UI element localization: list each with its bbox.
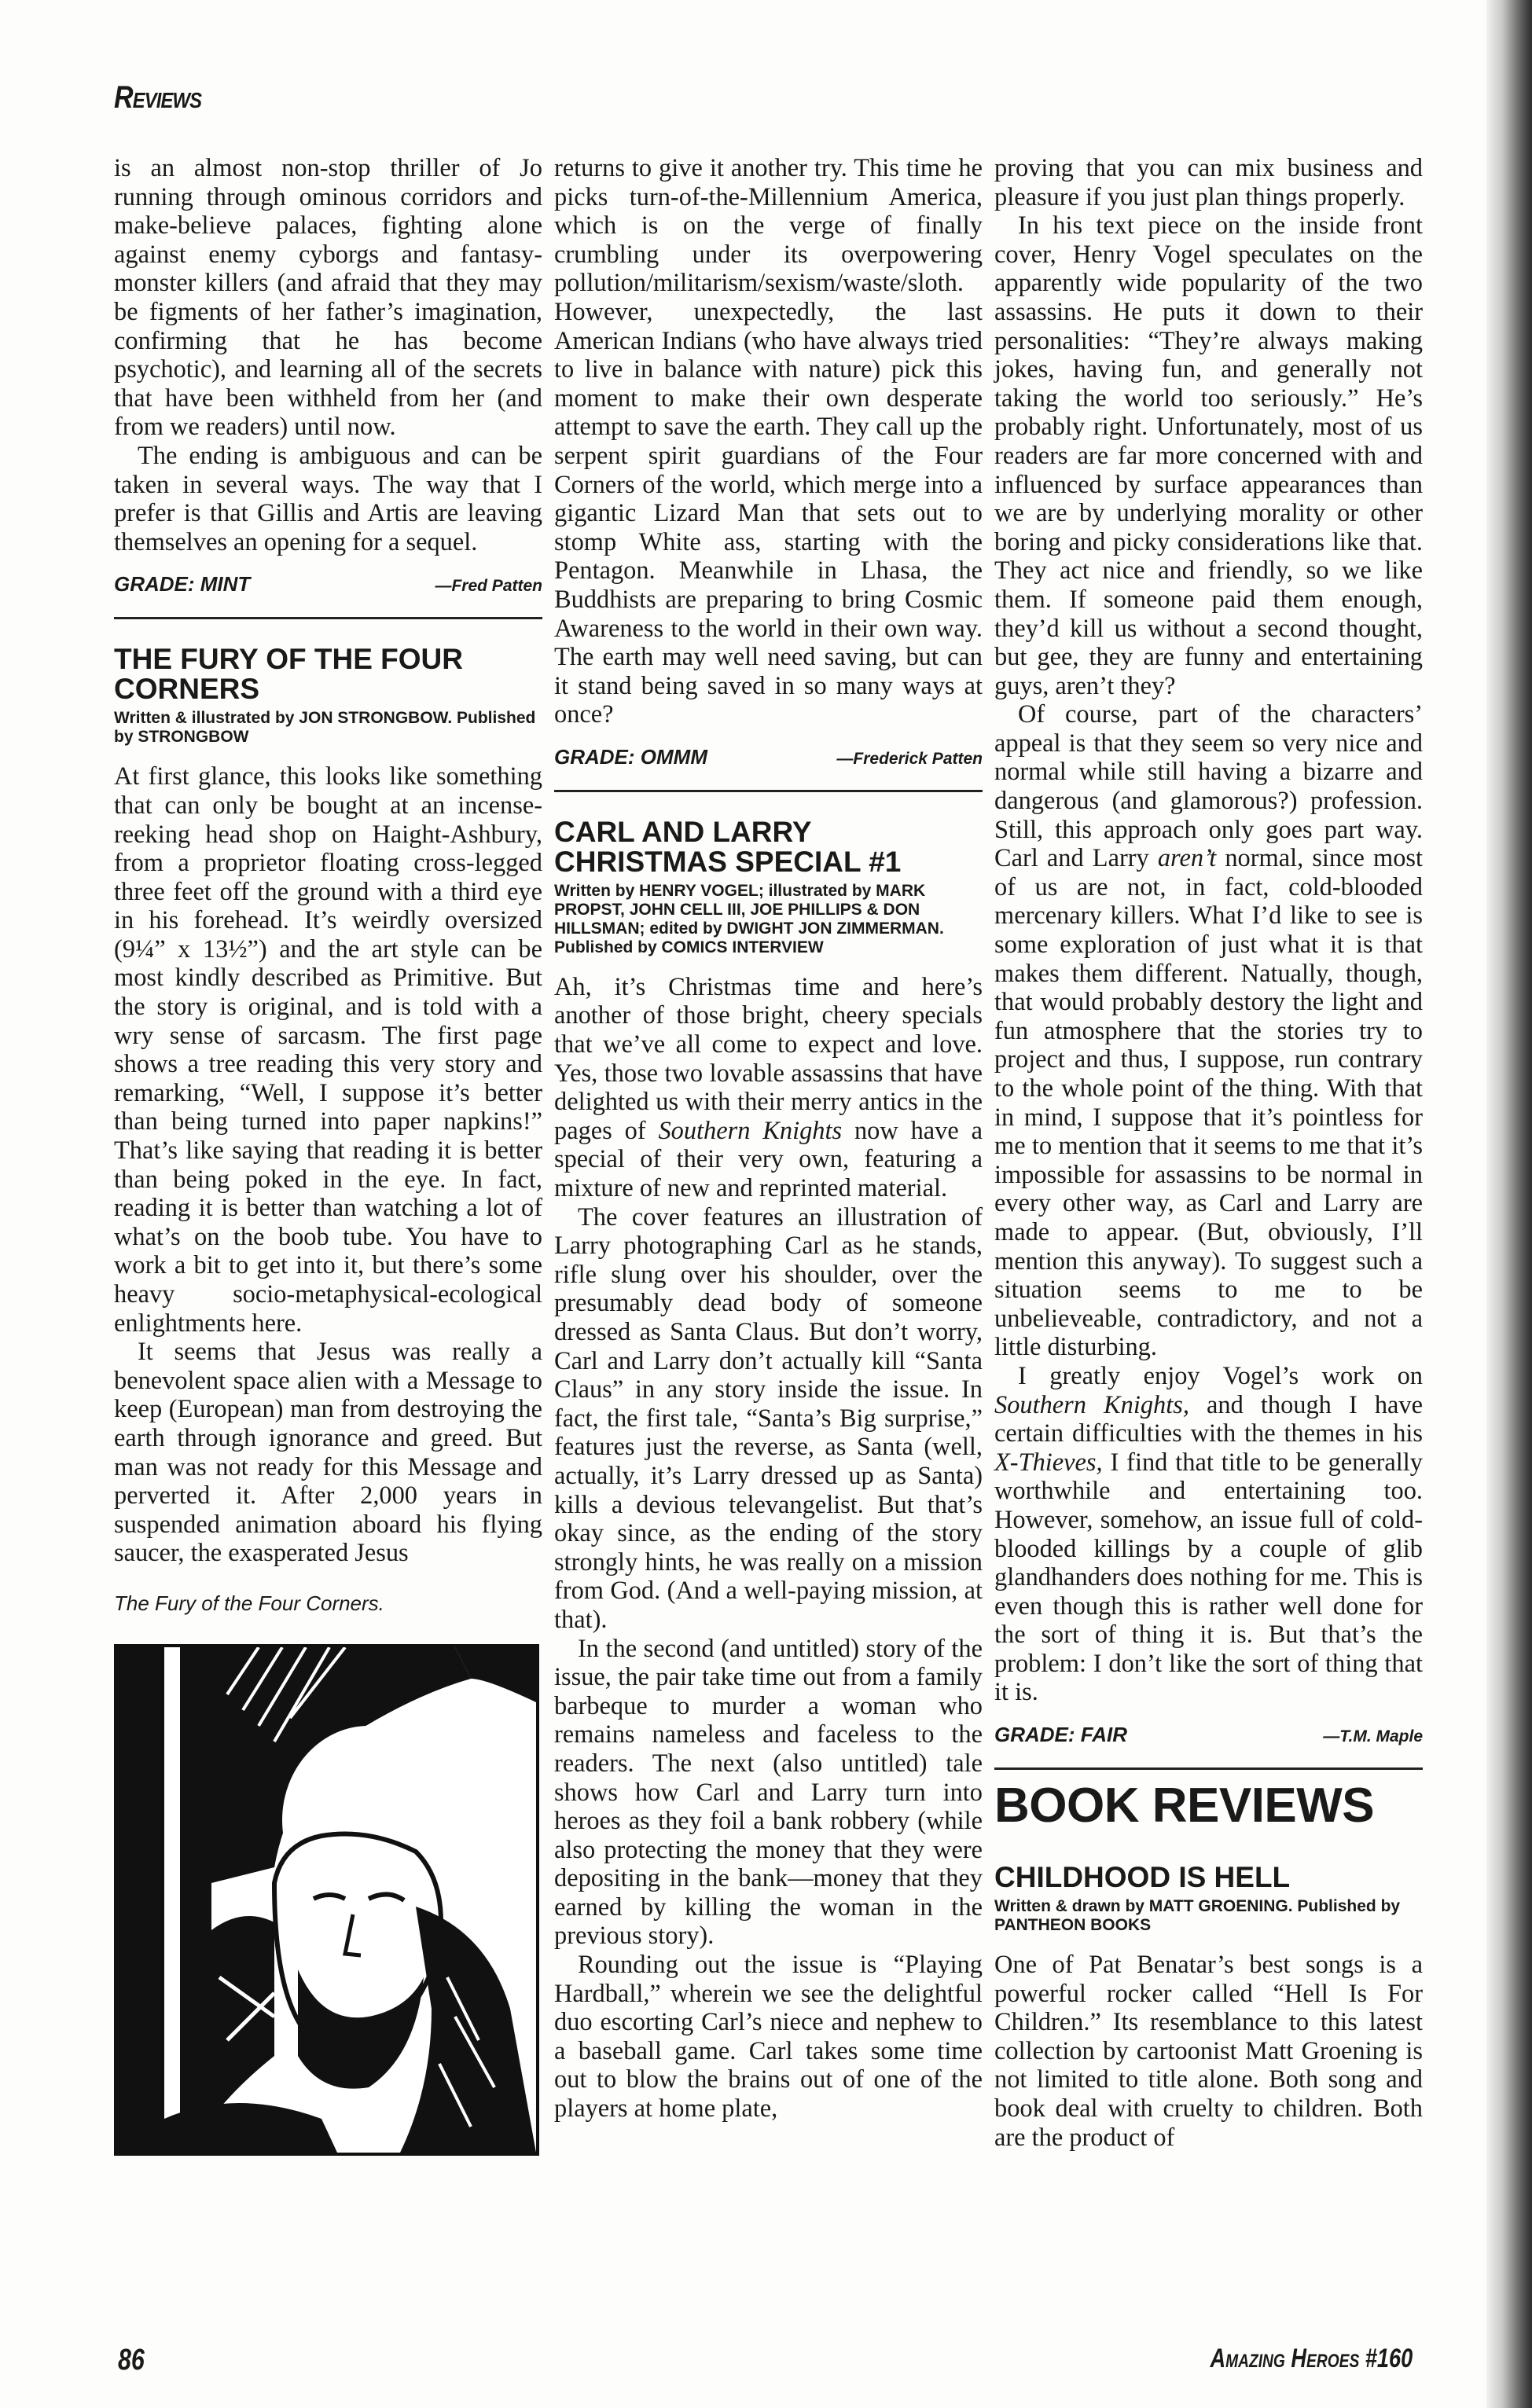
grade-row: GRADE: MINT —Fred Patten: [114, 572, 542, 596]
body-paragraph: I greatly enjoy Vogel’s work on Southern…: [994, 1362, 1423, 1707]
body-paragraph: is an almost non-stop thriller of Jo run…: [114, 154, 542, 442]
middle-column: returns to give it another try. This tim…: [554, 154, 983, 2124]
body-paragraph: The cover features an illustration of La…: [554, 1203, 983, 1635]
italic-title: X-Thieves,: [994, 1448, 1103, 1477]
body-paragraph: returns to give it another try. This tim…: [554, 154, 983, 729]
section-heading: BOOK REVIEWS: [994, 1781, 1423, 1831]
reviewer-byline: —Fred Patten: [435, 577, 542, 596]
grade-row: GRADE: OMMM —Frederick Patten: [554, 745, 983, 769]
scanned-page-edge: [1486, 0, 1532, 2408]
body-paragraph: At first glance, this looks like somethi…: [114, 762, 542, 1338]
review-credits: Written by HENRY VOGEL; illustrated by M…: [554, 882, 983, 957]
body-paragraph: It seems that Jesus was really a benevol…: [114, 1338, 542, 1568]
bearded-figure-illustration-icon: [117, 1647, 536, 2153]
text-run: I find that title to be generally worthw…: [994, 1448, 1423, 1707]
review-credits: Written & illustrated by JON STRONGBOW. …: [114, 709, 542, 747]
body-paragraph: proving that you can mix business and pl…: [994, 154, 1423, 211]
body-paragraph: The ending is ambiguous and can be taken…: [114, 442, 542, 556]
text-run: I greatly enjoy Vogel’s work on: [1018, 1362, 1423, 1390]
italic-title: Southern Knights,: [994, 1391, 1189, 1419]
review-title: CARL AND LARRY CHRISTMAS SPECIAL #1: [554, 817, 983, 877]
review-title: CHILDHOOD IS HELL: [994, 1863, 1423, 1892]
grade-row: GRADE: FAIR —T.M. Maple: [994, 1723, 1423, 1747]
divider: [554, 790, 983, 792]
reviewer-byline: —T.M. Maple: [1323, 1727, 1423, 1746]
review-title: THE FURY OF THE FOUR CORNERS: [114, 644, 542, 704]
text-run: normal, since most of us are not, in fac…: [994, 844, 1423, 1361]
review-credits: Written & drawn by MATT GROENING. Publis…: [994, 1897, 1423, 1935]
left-column: is an almost non-stop thriller of Jo run…: [114, 154, 542, 2156]
body-paragraph: In the second (and untitled) story of th…: [554, 1635, 983, 1951]
body-paragraph: Ah, it’s Christmas time and here’s anoth…: [554, 973, 983, 1203]
body-paragraph: Of course, part of the characters’ appea…: [994, 700, 1423, 1362]
reviewer-byline: —Frederick Patten: [836, 750, 983, 769]
body-paragraph: In his text piece on the inside front co…: [994, 211, 1423, 700]
body-paragraph: Rounding out the issue is “Playing Hardb…: [554, 1951, 983, 2124]
divider: [114, 617, 542, 619]
illustration-caption: The Fury of the Four Corners.: [114, 1591, 542, 1616]
page-number: 86: [118, 2344, 145, 2377]
body-paragraph: One of Pat Benatar’s best songs is a pow…: [994, 1951, 1423, 2152]
grade-label: GRADE: MINT: [114, 572, 250, 596]
italic-emphasis: aren’t: [1158, 844, 1216, 872]
magazine-issue: Amazing Heroes #160: [1210, 2344, 1413, 2374]
grade-label: GRADE: OMMM: [554, 745, 707, 769]
section-label: Reviews: [114, 80, 201, 116]
italic-title: Southern Knights: [658, 1117, 842, 1145]
divider: [994, 1767, 1423, 1770]
grade-label: GRADE: FAIR: [994, 1723, 1127, 1747]
right-column: proving that you can mix business and pl…: [994, 154, 1423, 2152]
comic-illustration: [114, 1644, 539, 2156]
